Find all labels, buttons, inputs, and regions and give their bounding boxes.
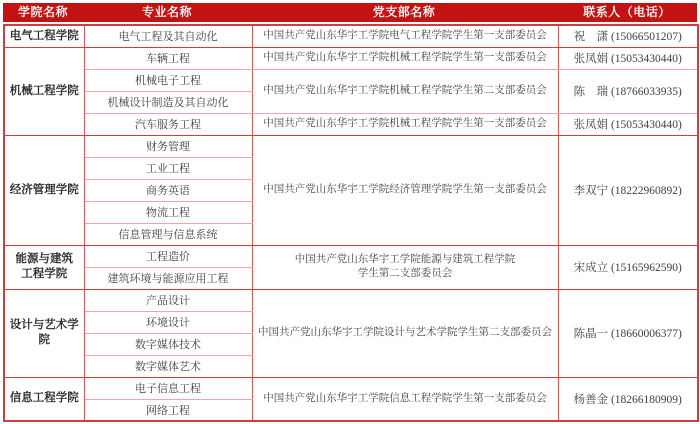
party-branch-table-page: 学院名称 专业名称 党支部名称 联系人（电话） 电气工程学院 电气工程及其自动化… xyxy=(3,3,697,422)
contact-cell: 杨善金 (18266180909) xyxy=(558,377,698,421)
contact-cell: 张凤娟 (15053430440) xyxy=(558,113,698,135)
major-cell: 环境设计 xyxy=(84,311,252,333)
branch-cell: 中国共产党山东华宇工学院信息工程学院学生第一支部委员会 xyxy=(252,377,558,421)
column-header-contact: 联系人（电话） xyxy=(557,3,697,22)
contact-cell: 陈晶一 (18660006377) xyxy=(558,289,698,377)
table-row: 信息工程学院 电子信息工程 中国共产党山东华宇工学院信息工程学院学生第一支部委员… xyxy=(4,377,698,399)
table-row: 能源与建筑 工程学院 工程造价 中国共产党山东华宇工学院能源与建筑工程学院 学生… xyxy=(4,245,698,267)
contact-cell: 祝 潇 (15066501207) xyxy=(558,25,698,47)
major-cell: 数字媒体艺术 xyxy=(84,355,252,377)
table-row: 电气工程学院 电气工程及其自动化 中国共产党山东华宇工学院电气工程学院学生第一支… xyxy=(4,25,698,47)
major-cell: 工程造价 xyxy=(84,245,252,267)
major-cell: 汽车服务工程 xyxy=(84,113,252,135)
table-row: 经济管理学院 财务管理 中国共产党山东华宇工学院经济管理学院学生第一支部委员会 … xyxy=(4,135,698,157)
table-row: 机械电子工程 中国共产党山东华宇工学院机械工程学院学生第二支部委员会 陈 瑞 (… xyxy=(4,69,698,91)
college-cell: 经济管理学院 xyxy=(4,135,84,245)
branch-cell: 中国共产党山东华宇工学院机械工程学院学生第一支部委员会 xyxy=(252,47,558,69)
branch-cell: 中国共产党山东华宇工学院机械工程学院学生第一支部委员会 xyxy=(252,113,558,135)
college-cell: 电气工程学院 xyxy=(4,25,84,47)
major-cell: 数字媒体技术 xyxy=(84,333,252,355)
college-cell: 设计与艺术学院 xyxy=(4,289,84,377)
contact-cell: 陈 瑞 (18766033935) xyxy=(558,69,698,113)
column-header-major: 专业名称 xyxy=(83,3,251,22)
major-cell: 机械设计制造及其自动化 xyxy=(84,91,252,113)
column-header-branch: 党支部名称 xyxy=(251,3,557,22)
branch-cell: 中国共产党山东华宇工学院电气工程学院学生第一支部委员会 xyxy=(252,25,558,47)
major-cell: 财务管理 xyxy=(84,135,252,157)
major-cell: 工业工程 xyxy=(84,157,252,179)
major-cell: 产品设计 xyxy=(84,289,252,311)
major-cell: 电子信息工程 xyxy=(84,377,252,399)
major-cell: 电气工程及其自动化 xyxy=(84,25,252,47)
party-branch-table: 电气工程学院 电气工程及其自动化 中国共产党山东华宇工学院电气工程学院学生第一支… xyxy=(3,24,699,422)
branch-cell: 中国共产党山东华宇工学院能源与建筑工程学院 学生第二支部委员会 xyxy=(252,245,558,289)
college-cell: 机械工程学院 xyxy=(4,47,84,135)
contact-cell: 李双宁 (18222960892) xyxy=(558,135,698,245)
table-row: 汽车服务工程 中国共产党山东华宇工学院机械工程学院学生第一支部委员会 张凤娟 (… xyxy=(4,113,698,135)
table-header-row: 学院名称 专业名称 党支部名称 联系人（电话） xyxy=(3,3,697,22)
branch-cell: 中国共产党山东华宇工学院机械工程学院学生第二支部委员会 xyxy=(252,69,558,113)
major-cell: 车辆工程 xyxy=(84,47,252,69)
contact-cell: 宋成立 (15165962590) xyxy=(558,245,698,289)
table-row: 设计与艺术学院 产品设计 中国共产党山东华宇工学院设计与艺术学院学生第二支部委员… xyxy=(4,289,698,311)
contact-cell: 张凤娟 (15053430440) xyxy=(558,47,698,69)
major-cell: 物流工程 xyxy=(84,201,252,223)
major-cell: 网络工程 xyxy=(84,399,252,421)
table-row: 机械工程学院 车辆工程 中国共产党山东华宇工学院机械工程学院学生第一支部委员会 … xyxy=(4,47,698,69)
major-cell: 信息管理与信息系统 xyxy=(84,223,252,245)
branch-cell: 中国共产党山东华宇工学院经济管理学院学生第一支部委员会 xyxy=(252,135,558,245)
column-header-college: 学院名称 xyxy=(3,3,83,22)
major-cell: 商务英语 xyxy=(84,179,252,201)
major-cell: 建筑环境与能源应用工程 xyxy=(84,267,252,289)
college-cell: 能源与建筑 工程学院 xyxy=(4,245,84,289)
college-cell: 信息工程学院 xyxy=(4,377,84,421)
major-cell: 机械电子工程 xyxy=(84,69,252,91)
branch-cell: 中国共产党山东华宇工学院设计与艺术学院学生第二支部委员会 xyxy=(252,289,558,377)
